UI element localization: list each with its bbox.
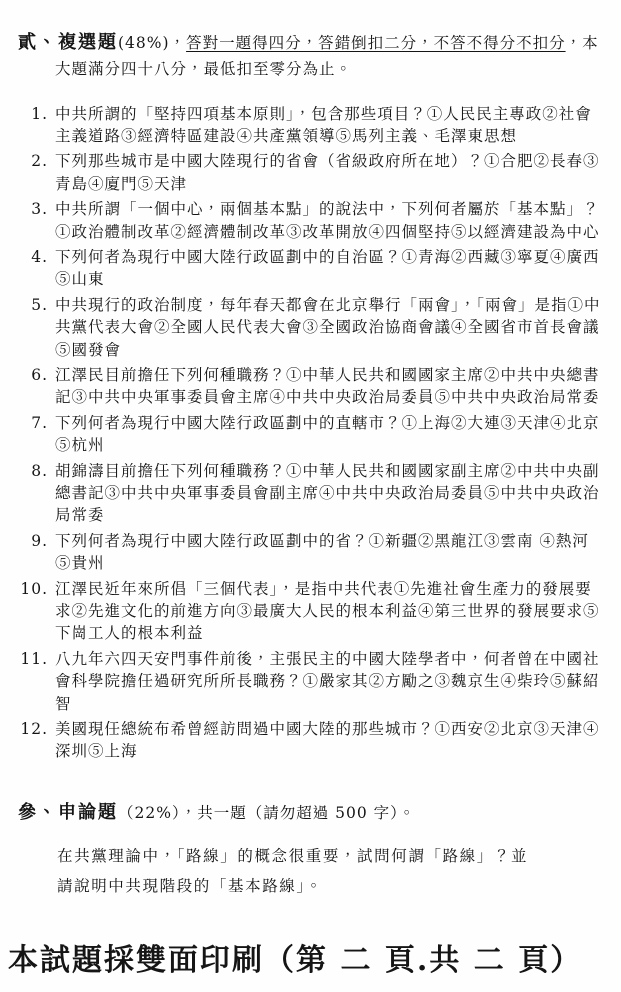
essay-question: 在共黨理論中，「路線」的概念很重要，試問何謂「路線」？並請說明中共現階段的「基本… xyxy=(57,841,535,901)
question-item: 9. 下列何者為現行中國大陸行政區劃中的省？①新疆②黑龍江③雲南 ④熱河⑤貴州 xyxy=(18,530,601,575)
exam-page: 貳、複選題(48%)，答對一題得四分，答錯倒扣二分，不答不得分不扣分，本大題滿分… xyxy=(0,0,621,992)
question-text: 江澤民近年來所倡「三個代表」，是指中共代表①先進社會生產力的發展要求②先進文化的… xyxy=(55,578,601,645)
question-text: 下列那些城市是中國大陸現行的省會（省級政府所在地）？①合肥②長春③青島④廈門⑤天… xyxy=(55,150,601,195)
section3-header: 參、申論題（22%），共一題（請勿超過 500 字）。 xyxy=(18,800,601,826)
section2-title: 貳、複選題 xyxy=(18,32,118,53)
question-text: 中共現行的政治制度，每年春天都會在北京舉行「兩會」，「兩會」是指①中共黨代表大會… xyxy=(55,294,601,361)
question-item: 8. 胡錦濤目前擔任下列何種職務？①中華人民共和國國家副主席②中共中央副總書記③… xyxy=(18,460,601,527)
question-item: 6. 江澤民目前擔任下列何種職務？①中華人民共和國國家主席②中共中央總書記③中共… xyxy=(18,364,601,409)
question-item: 12. 美國現任總統布希曾經訪問過中國大陸的那些城市？①西安②北京③天津④深圳⑤… xyxy=(18,718,601,763)
question-number: 7. xyxy=(18,412,55,434)
question-number: 6. xyxy=(18,364,55,386)
page-footer: 本試題採雙面印刷（第 二 頁.共 二 頁） xyxy=(8,935,582,979)
section2-percent: (48%) xyxy=(118,34,170,52)
question-number: 3. xyxy=(18,198,55,220)
question-item: 3. 中共所謂「一個中心，兩個基本點」的說法中，下列何者屬於「基本點」？①政治體… xyxy=(18,198,601,243)
question-text: 美國現任總統布希曾經訪問過中國大陸的那些城市？①西安②北京③天津④深圳⑤上海 xyxy=(55,718,601,763)
section3: 參、申論題（22%），共一題（請勿超過 500 字）。 在共黨理論中，「路線」的… xyxy=(18,800,601,902)
question-number: 4. xyxy=(18,246,55,268)
question-text: 江澤民目前擔任下列何種職務？①中華人民共和國國家主席②中共中央總書記③中共中央軍… xyxy=(55,364,601,409)
question-item: 7. 下列何者為現行中國大陸行政區劃中的直轄市？①上海②大連③天津④北京⑤杭州 xyxy=(18,412,601,457)
question-number: 2. xyxy=(18,150,55,172)
section2-separator: ， xyxy=(170,34,187,52)
question-item: 5. 中共現行的政治制度，每年春天都會在北京舉行「兩會」，「兩會」是指①中共黨代… xyxy=(18,294,601,361)
question-number: 8. xyxy=(18,460,55,482)
question-number: 12. xyxy=(18,718,55,740)
section3-detail: （22%），共一題（請勿超過 500 字）。 xyxy=(118,804,415,822)
question-number: 1. xyxy=(18,103,55,125)
section2-header: 貳、複選題(48%)，答對一題得四分，答錯倒扣二分，不答不得分不扣分，本大題滿分… xyxy=(18,30,601,82)
question-number: 5. xyxy=(18,294,55,316)
question-text: 下列何者為現行中國大陸行政區劃中的自治區？①青海②西藏③寧夏④廣西⑤山東 xyxy=(55,246,601,291)
question-item: 4. 下列何者為現行中國大陸行政區劃中的自治區？①青海②西藏③寧夏④廣西⑤山東 xyxy=(18,246,601,291)
question-item: 2. 下列那些城市是中國大陸現行的省會（省級政府所在地）？①合肥②長春③青島④廈… xyxy=(18,150,601,195)
question-item: 11. 八九年六四天安門事件前後，主張民主的中國大陸學者中，何者曾在中國社會科學… xyxy=(18,648,601,715)
question-item: 1. 中共所謂的「堅持四項基本原則」，包含那些項目？①人民民主專政②社會主義道路… xyxy=(18,103,601,148)
question-number: 11. xyxy=(18,648,55,670)
question-text: 下列何者為現行中國大陸行政區劃中的直轄市？①上海②大連③天津④北京⑤杭州 xyxy=(55,412,601,457)
question-text: 八九年六四天安門事件前後，主張民主的中國大陸學者中，何者曾在中國社會科學院擔任過… xyxy=(55,648,601,715)
question-list: 1. 中共所謂的「堅持四項基本原則」，包含那些項目？①人民民主專政②社會主義道路… xyxy=(18,103,601,763)
question-text: 中共所謂「一個中心，兩個基本點」的說法中，下列何者屬於「基本點」？①政治體制改革… xyxy=(55,198,601,243)
section3-title: 參、申論題 xyxy=(18,802,118,823)
question-item: 10. 江澤民近年來所倡「三個代表」，是指中共代表①先進社會生產力的發展要求②先… xyxy=(18,578,601,645)
question-text: 下列何者為現行中國大陸行政區劃中的省？①新疆②黑龍江③雲南 ④熱河⑤貴州 xyxy=(55,530,601,575)
question-text: 中共所謂的「堅持四項基本原則」，包含那些項目？①人民民主專政②社會主義道路③經濟… xyxy=(55,103,601,148)
question-number: 9. xyxy=(18,530,55,552)
section2-scoring-rule: 答對一題得四分，答錯倒扣二分，不答不得分不扣分 xyxy=(186,34,566,52)
question-text: 胡錦濤目前擔任下列何種職務？①中華人民共和國國家副主席②中共中央副總書記③中共中… xyxy=(55,460,601,527)
question-number: 10. xyxy=(18,578,55,600)
